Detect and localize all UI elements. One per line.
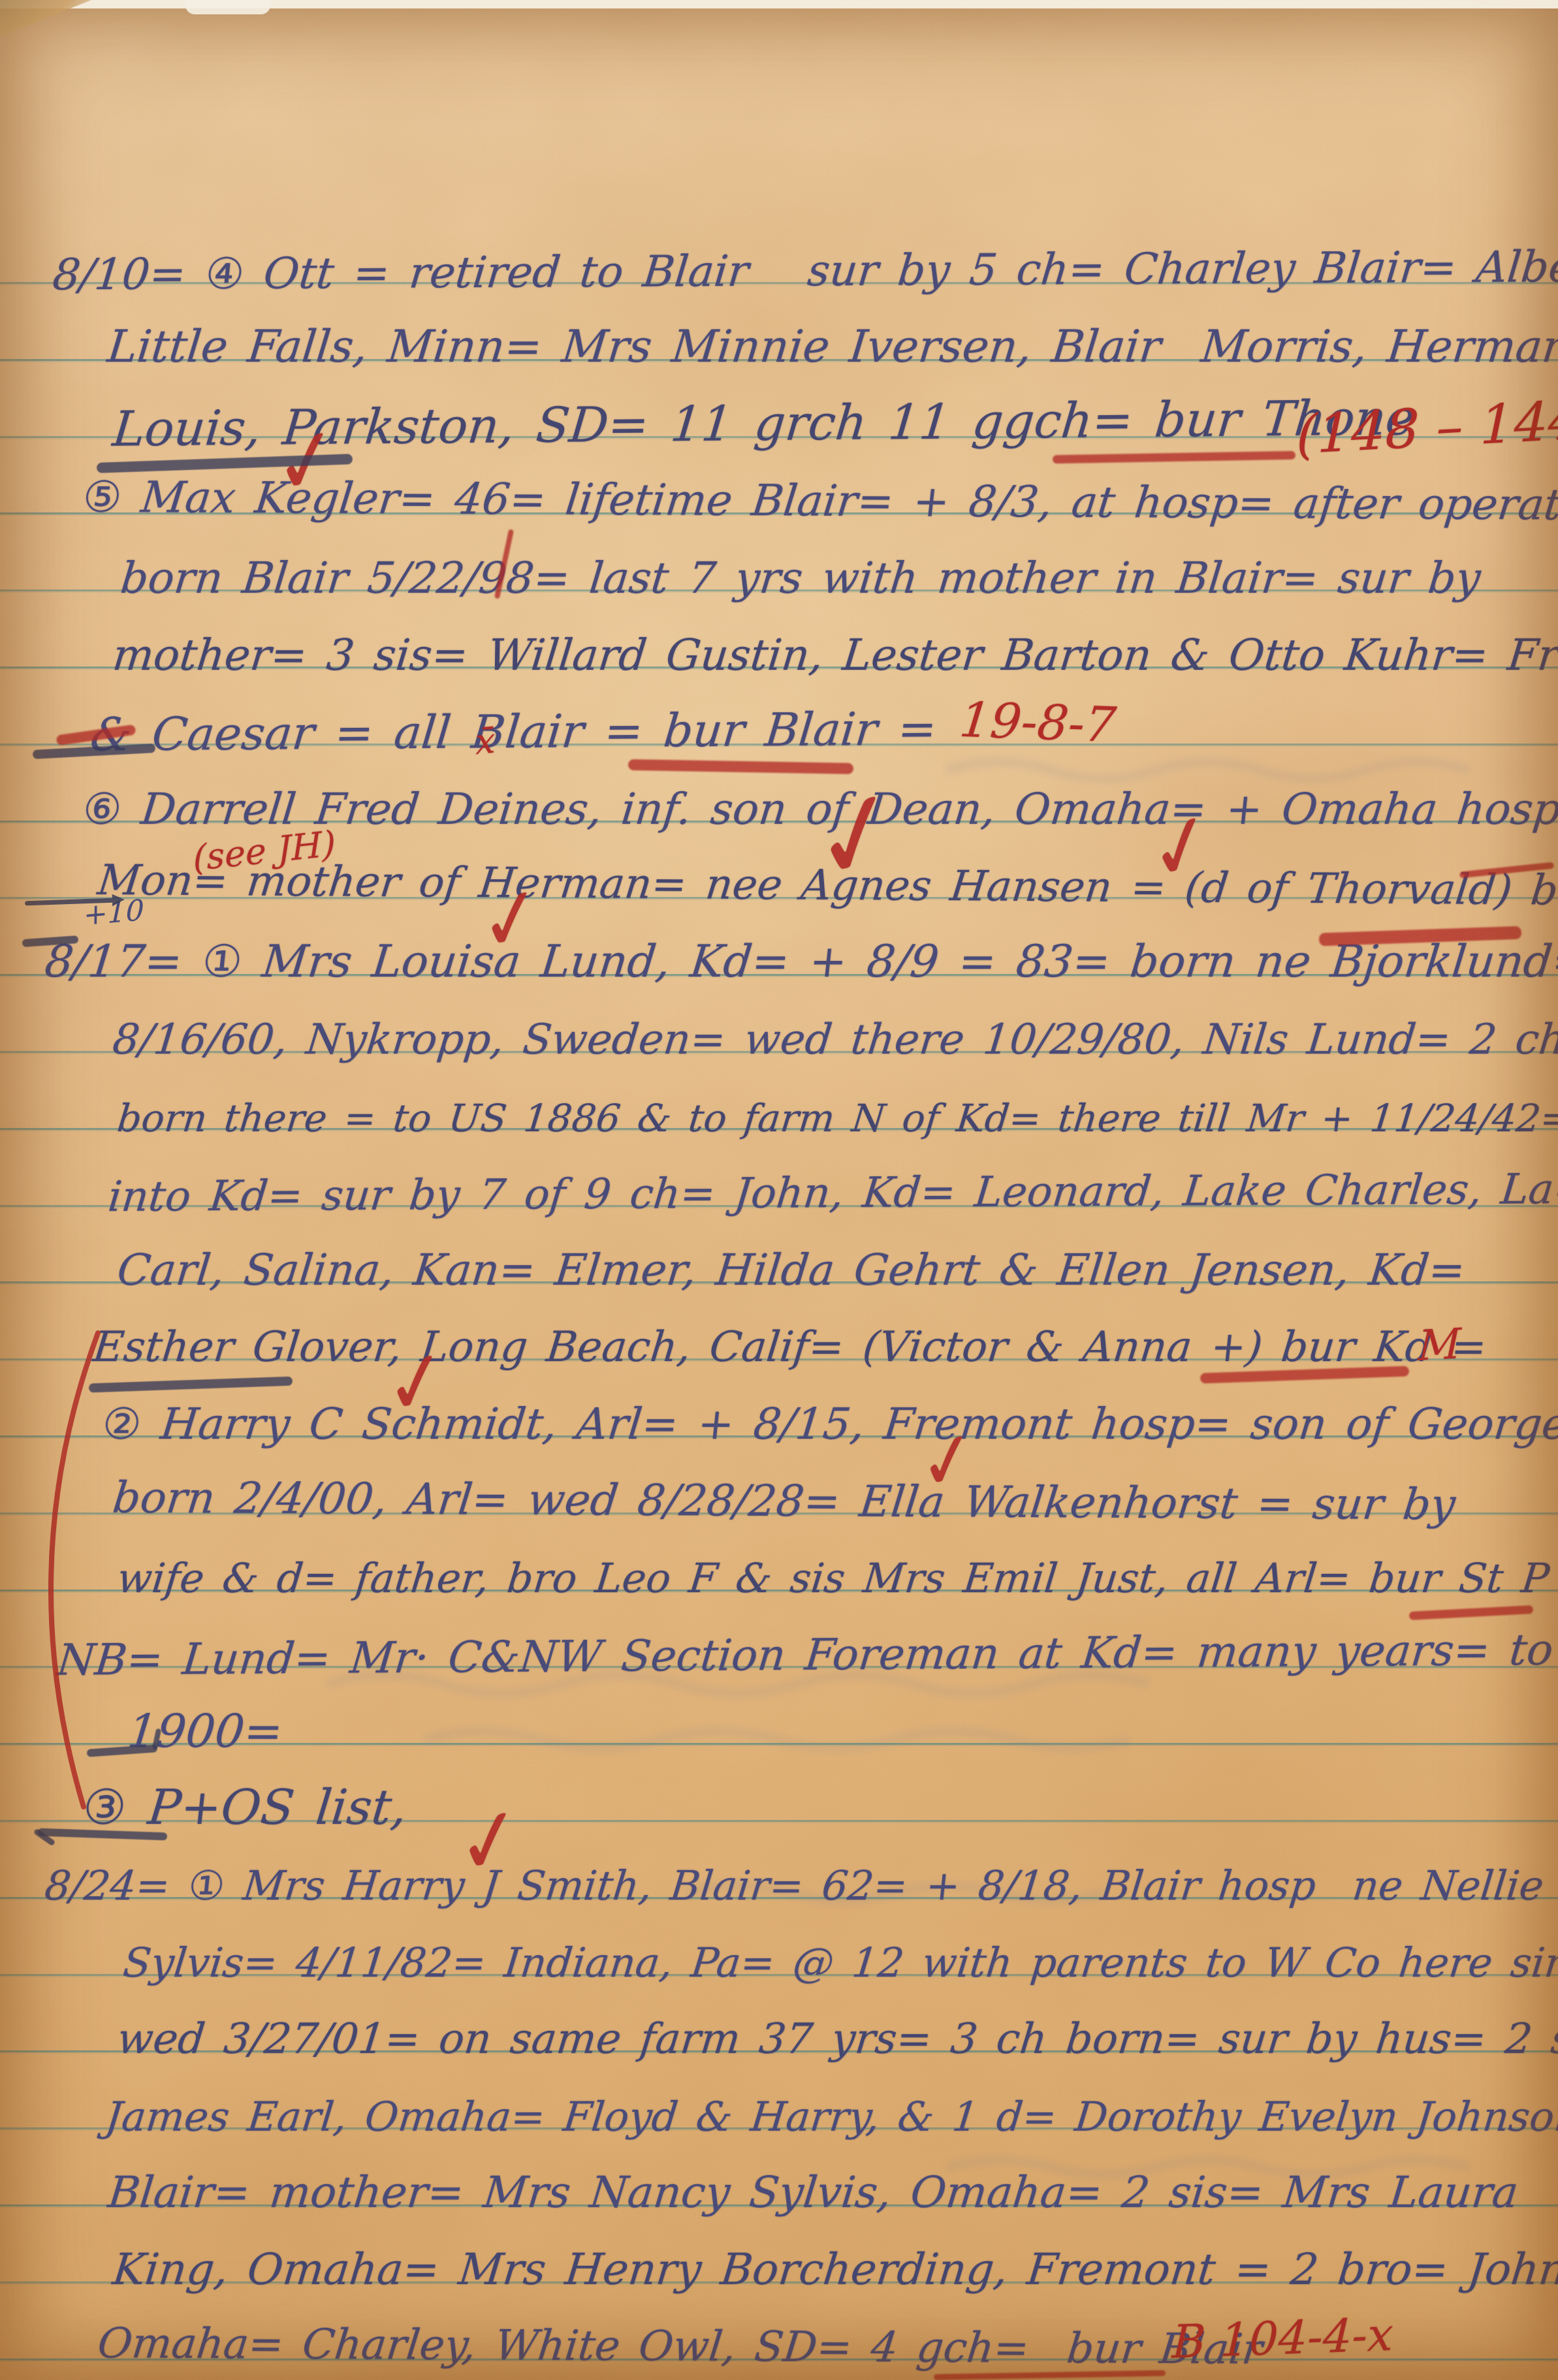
pencil-stroke <box>152 1729 161 1750</box>
ruled-line <box>0 897 1558 899</box>
pencil-stroke <box>89 1377 293 1393</box>
ruled-line <box>0 589 1558 591</box>
ruled-line <box>0 2050 1558 2052</box>
red-ink-stroke <box>1200 1366 1409 1383</box>
ruled-line <box>0 821 1558 822</box>
pencil-stroke <box>33 1828 56 1846</box>
handwriting-layer: 8/10= ④ Ott = retired to Blair sur by 5 … <box>0 0 1558 2380</box>
handwriting-line: into Kd= sur by 7 of 9 ch= John, Kd= Leo… <box>106 1168 1558 1218</box>
handwriting-line: 8/16/60, Nykropp, Sweden= wed there 10/2… <box>111 1019 1558 1061</box>
ink-annotation-text: +10 <box>84 896 144 930</box>
ruled-line <box>0 1820 1558 1822</box>
red-ink-stroke <box>1319 926 1522 947</box>
ruled-line <box>0 1358 1558 1360</box>
handwriting-line: 8/17= ① Mrs Louisa Lund, Kd= + 8/9 = 83=… <box>42 940 1558 984</box>
handwriting-line: 1900= <box>125 1708 285 1754</box>
red-checkmark-icon <box>803 775 910 896</box>
handwriting-line: wed 3/27/01= on same farm 37 yrs= 3 ch b… <box>116 2018 1558 2060</box>
handwriting-line: Little Falls, Minn= Mrs Minnie Iversen, … <box>105 325 1558 369</box>
scan-edge-bump <box>185 0 270 14</box>
handwriting-line: wife & d= father, bro Leo F & sis Mrs Em… <box>116 1558 1551 1599</box>
pencil-stroke <box>38 1828 167 1841</box>
ruled-line <box>0 1435 1558 1437</box>
red-ink-stroke <box>934 2370 1166 2380</box>
ruled-line <box>0 282 1558 284</box>
edge-vignette <box>0 0 1558 2380</box>
handwriting-line: ③ P+OS list, <box>80 1783 409 1832</box>
red-margin-bracket <box>0 0 1558 2380</box>
handwriting-line: born Blair 5/22/98= last 7 yrs with moth… <box>119 557 1483 600</box>
ruled-line <box>0 666 1558 668</box>
ruled-line <box>0 1051 1558 1053</box>
handwriting-line: King, Omaha= Mrs Henry Borcherding, Frem… <box>111 2248 1558 2291</box>
torn-corner <box>0 0 91 37</box>
ruled-line <box>0 744 1558 745</box>
pencil-stroke <box>33 744 155 759</box>
red-checkmark-icon <box>452 1799 528 1886</box>
ruled-line <box>0 1205 1558 1207</box>
pencil-stroke <box>22 935 79 947</box>
paper-stain <box>1045 685 1502 947</box>
handwriting-line: Louis, Parkston, SD= 11 grch 11 ggch= bu… <box>110 394 1416 453</box>
red-annotation-text: B 104-4-x <box>1171 2311 1394 2365</box>
ruled-line <box>0 1128 1558 1130</box>
ruled-line <box>0 1974 1558 1976</box>
red-checkmark-icon <box>269 419 345 506</box>
paper-stain <box>39 2056 496 2350</box>
red-ink-stroke <box>1053 451 1296 463</box>
red-checkmark-icon <box>915 1423 981 1499</box>
ruled-line <box>0 2127 1558 2129</box>
handwriting-line: NB= Lund= Mr· C&NW Section Foreman at Kd… <box>56 1627 1558 1682</box>
ruled-line <box>0 1897 1558 1899</box>
handwriting-line: mother= 3 sis= Willard Gustin, Lester Ba… <box>111 634 1558 677</box>
handwriting-line: ⑤ Max Kegler= 46= lifetime Blair= + 8/3,… <box>80 476 1558 527</box>
handwriting-line: ⑥ Darrell Fred Deines, inf. son of Dean,… <box>81 788 1558 831</box>
paper-texture <box>0 0 1558 2380</box>
red-ink-stroke <box>628 759 853 774</box>
red-checkmark-icon <box>380 1342 453 1425</box>
ruled-line <box>0 974 1558 976</box>
handwriting-line: James Earl, Omaha= Floyd & Harry, & 1 d=… <box>104 2097 1558 2137</box>
handwriting-line: Omaha= Charley, White Owl, SD= 4 gch= bu… <box>95 2323 1264 2371</box>
red-annotation-text: M <box>1418 1324 1461 1368</box>
handwriting-line: 8/24= ① Mrs Harry J Smith, Blair= 62= + … <box>43 1866 1558 1906</box>
ruled-line <box>0 1589 1558 1591</box>
red-ink-stroke <box>494 529 514 599</box>
red-ink-stroke <box>1409 1605 1533 1620</box>
handwriting-line: Carl, Salina, Kan= Elmer, Hilda Gehrt & … <box>116 1249 1467 1292</box>
handwriting-line: Esther Glover, Long Beach, Calif= (Victo… <box>91 1326 1489 1368</box>
handwriting-line: Blair= mother= Mrs Nancy Sylvis, Omaha= … <box>106 2171 1521 2214</box>
red-annotation-text: (148 – 144) <box>1296 392 1558 462</box>
red-ink-stroke <box>1459 862 1554 878</box>
ruled-line <box>0 512 1558 514</box>
red-checkmark-icon <box>1142 802 1221 891</box>
pencil-stroke <box>87 1744 158 1757</box>
pencil-stroke <box>97 454 353 473</box>
handwriting-line: born there = to US 1886 & to farm N of K… <box>116 1099 1558 1137</box>
handwriting-line: ② Harry C Schmidt, Arl= + 8/15, Fremont … <box>101 1403 1558 1446</box>
ruled-lines-layer <box>0 0 1558 2380</box>
scanned-notebook-page: 8/10= ④ Ott = retired to Blair sur by 5 … <box>0 0 1558 2380</box>
paper-stain <box>457 131 1045 522</box>
red-ink-stroke <box>56 725 136 746</box>
handwriting-line: Mon= mother of Herman= nee Agnes Hansen … <box>95 860 1558 912</box>
ruled-line <box>0 359 1558 361</box>
ruled-line <box>0 436 1558 438</box>
red-annotation-text: 19-8-7 <box>957 696 1118 749</box>
ruled-line <box>0 1512 1558 1514</box>
pencil-arrow-icon <box>25 898 115 906</box>
handwriting-line: born 2/4/00, Arl= wed 8/28/28= Ella Walk… <box>110 1476 1457 1526</box>
ruled-line <box>0 1666 1558 1668</box>
handwriting-line: Sylvis= 4/11/82= Indiana, Pa= @ 12 with … <box>121 1943 1558 1983</box>
red-annotation-text: x̄ <box>475 723 496 760</box>
ruled-line <box>0 1743 1558 1745</box>
annotations-layer: (148 – 144)19-8-7x̄(see JH)MB 104-4-x+10 <box>0 0 1558 2380</box>
paper-stain <box>947 1554 1534 2076</box>
red-annotation-text: (see JH) <box>193 826 336 876</box>
ruled-line <box>0 2281 1558 2283</box>
ruled-line <box>0 2204 1558 2206</box>
handwriting-line: 8/10= ④ Ott = retired to Blair sur by 5 … <box>51 245 1558 297</box>
handwriting-line: & Caesar = all Blair = bur Blair = <box>89 706 939 757</box>
bleed-through-ghost-writing <box>0 0 1558 2380</box>
ruled-line <box>0 2358 1558 2360</box>
red-checkmark-icon <box>475 879 547 962</box>
ruled-line <box>0 1281 1558 1283</box>
